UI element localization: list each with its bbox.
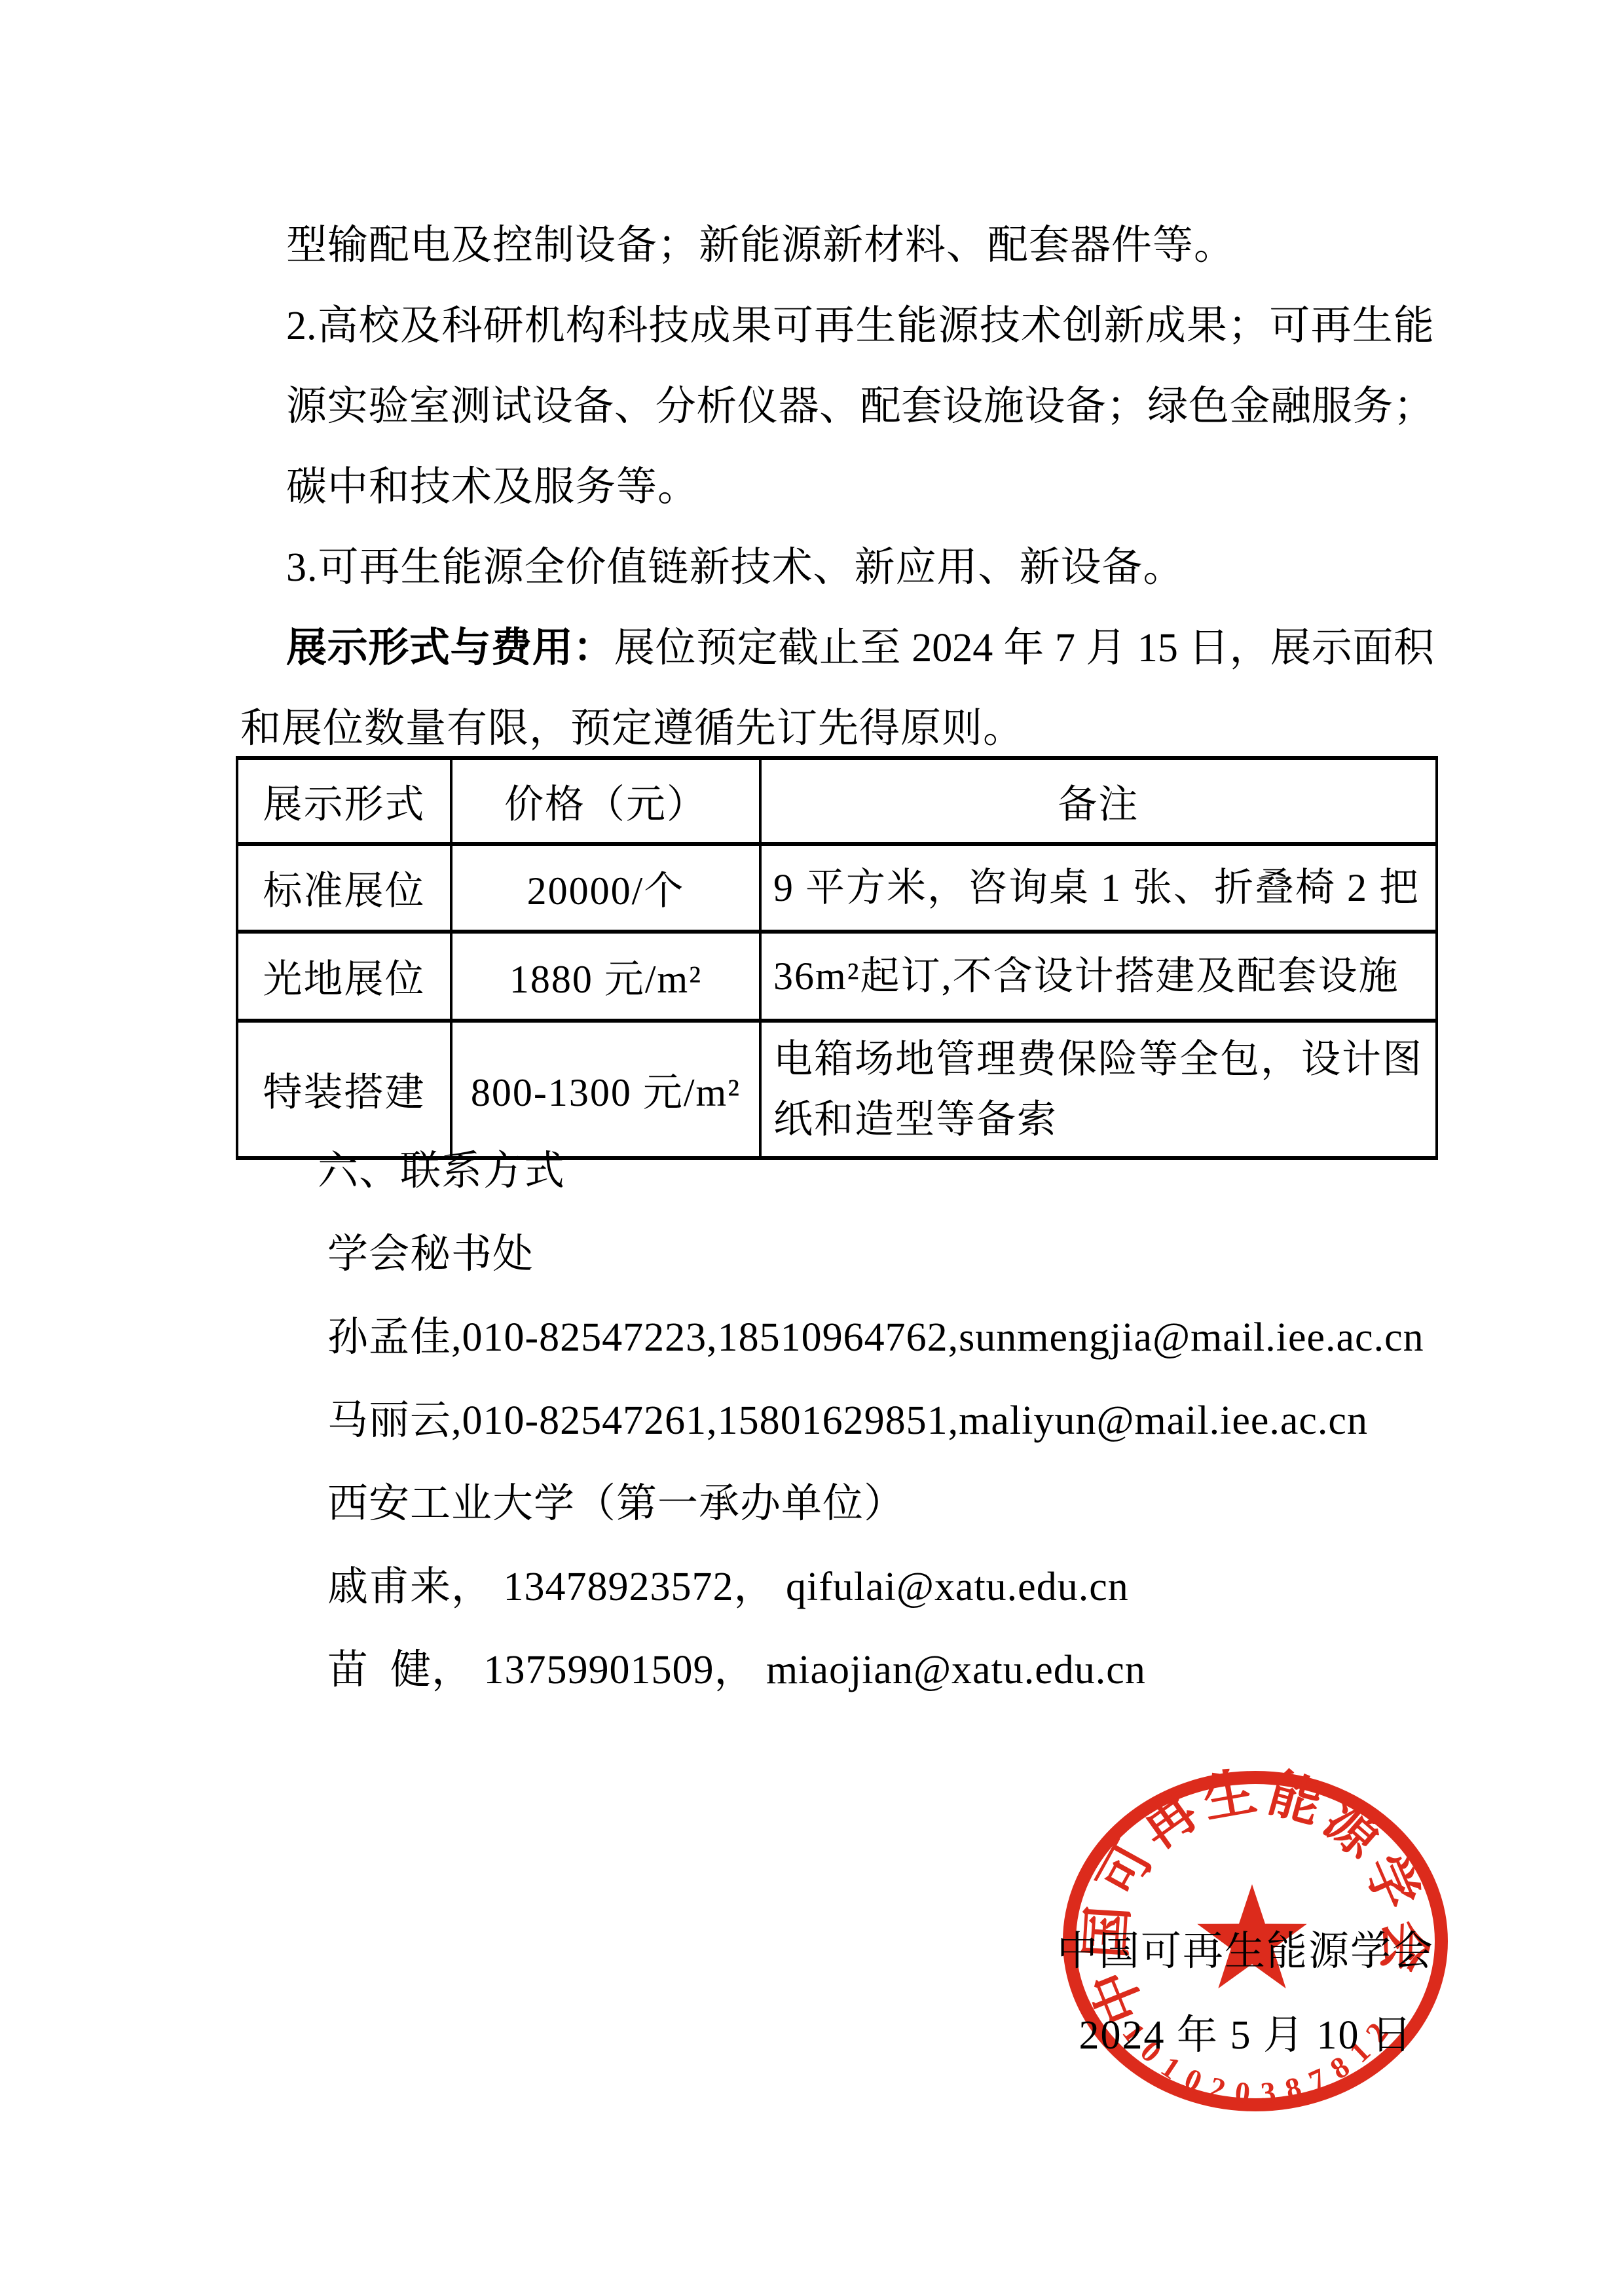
table-row: 特装搭建 800-1300 元/m² 电箱场地管理费保险等全包，设计图纸和造型等… — [237, 1021, 1437, 1158]
signature-date: 2024 年 5 月 10 日 — [1079, 2002, 1413, 2060]
cell-note-0: 9 平方米，咨询桌 1 张、折叠椅 2 把 — [760, 844, 1437, 932]
header-price: 价格（元） — [451, 758, 760, 844]
seal-serial-digit-5: 0 — [1234, 2075, 1251, 2110]
cell-note-1: 36m²起订,不含设计搭建及配套设施 — [760, 932, 1437, 1021]
contact-person-2: 马丽云,010-82547261,15801629851,maliyun@mai… — [327, 1398, 1368, 1443]
fees-table: 展示形式 价格（元） 备注 标准展位 20000/个 9 平方米，咨询桌 1 张… — [236, 756, 1438, 1160]
contact-heading: 六、联系方式 — [318, 1149, 565, 1194]
cell-form-2: 特装搭建 — [237, 1021, 451, 1158]
cell-form-1: 光地展位 — [237, 932, 451, 1021]
header-form: 展示形式 — [237, 758, 451, 844]
cell-form-0: 标准展位 — [237, 844, 451, 932]
body-line-1: 型输配电及控制设备；新能源新材料、配套器件等。 — [286, 223, 1235, 268]
body-item2-line2: 源实验室测试设备、分析仪器、配套设施设备；绿色金融服务； — [286, 384, 1434, 429]
fees-intro-line2: 和展位数量有限，预定遵循先订先得原则。 — [240, 706, 1024, 751]
fees-intro-text: 展位预定截止至 2024 年 7 月 15 日，展示面积 — [614, 626, 1434, 670]
table-row: 标准展位 20000/个 9 平方米，咨询桌 1 张、折叠椅 2 把 — [237, 844, 1437, 932]
seal-serial-digit-6: 3 — [1259, 2075, 1277, 2110]
cell-price-2: 800-1300 元/m² — [451, 1021, 760, 1158]
contact-person-4: 苗 健， 13759901509， miaojian@xatu.edu.cn — [327, 1648, 1146, 1692]
contact-organizer: 西安工业大学（第一承办单位） — [327, 1482, 905, 1526]
cell-price-0: 20000/个 — [451, 844, 760, 932]
contact-person-3: 戚甫来， 13478923572， qifulai@xatu.edu.cn — [327, 1565, 1129, 1609]
cell-note-2: 电箱场地管理费保险等全包，设计图纸和造型等备索 — [760, 1021, 1437, 1158]
header-note: 备注 — [760, 758, 1437, 844]
signature-org: 中国可再生能源学会 — [1057, 1918, 1434, 1977]
document-page: 型输配电及控制设备；新能源新材料、配套器件等。 2.高校及科研机构科技成果可再生… — [0, 0, 1624, 2296]
seal-arc-char-4: 生 — [1199, 1763, 1261, 1829]
contact-person-1: 孙孟佳,010-82547223,18510964762,sunmengjia@… — [327, 1315, 1424, 1360]
contact-secretariat: 学会秘书处 — [327, 1232, 534, 1277]
table-row: 光地展位 1880 元/m² 36m²起订,不含设计搭建及配套设施 — [237, 932, 1437, 1021]
body-item3: 3.可再生能源全价值链新技术、新应用、新设备。 — [286, 545, 1185, 590]
body-item2-line3: 碳中和技术及服务等。 — [286, 465, 699, 509]
cell-price-1: 1880 元/m² — [451, 932, 760, 1021]
seal-arc-char-3: 再 — [1132, 1783, 1208, 1860]
fees-table-header-row: 展示形式 价格（元） 备注 — [237, 758, 1437, 844]
fees-intro-line1: 展示形式与费用：展位预定截止至 2024 年 7 月 15 日，展示面积 — [286, 626, 1434, 670]
body-item2-line1: 2.高校及科研机构科技成果可再生能源技术创新成果；可再生能 — [286, 304, 1434, 348]
fees-label: 展示形式与费用： — [286, 626, 614, 670]
